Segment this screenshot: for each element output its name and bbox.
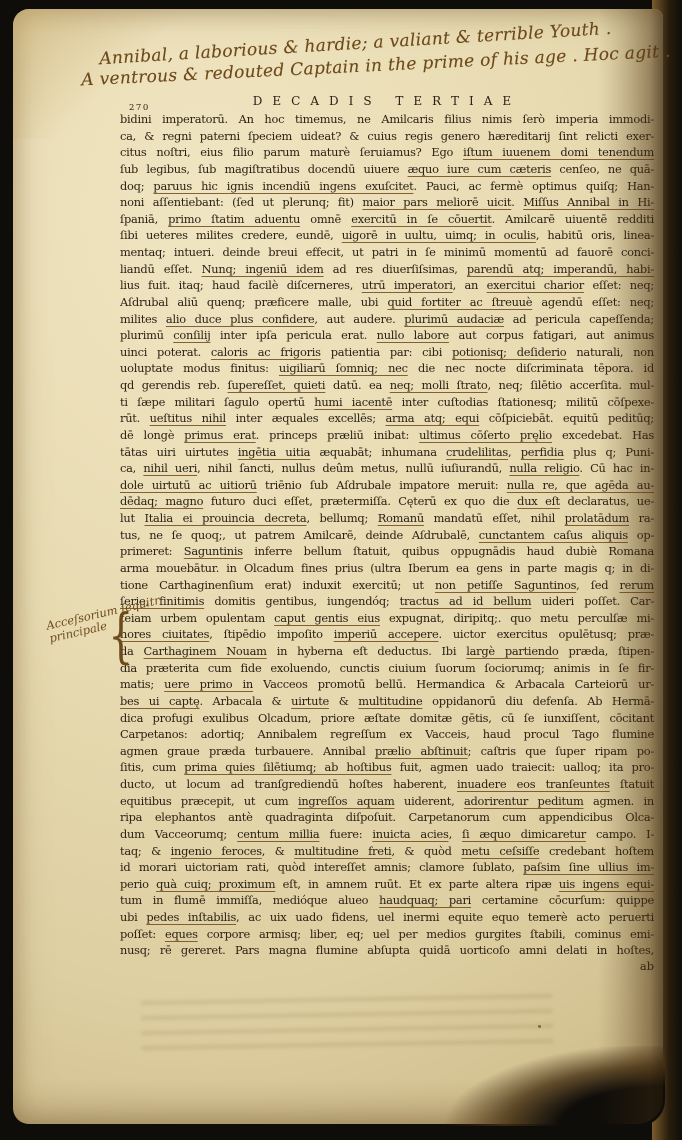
body-line: teiam urbem opulentam caput gentis eius … bbox=[120, 610, 654, 627]
body-line: dole uirtutū ac uitiorū triēnio ſub Aſdr… bbox=[120, 477, 654, 494]
ink-spot bbox=[538, 1025, 541, 1028]
body-line: liandū eſſet. Nunq; ingeniū idem ad res … bbox=[120, 261, 654, 278]
book-photo: Annibal, a laborious & hardie; a valiant… bbox=[0, 0, 682, 1140]
body-line: equitibus præcepit, ut cum ingreſſos aqu… bbox=[120, 793, 654, 810]
body-line: primeret: Saguntinis inferre bellum ſtat… bbox=[120, 543, 654, 560]
body-line: da Carthaginem Nouam in hyberna eſt dedu… bbox=[120, 643, 654, 660]
body-line: nores ciuitates, ſtipēdio impoſito imper… bbox=[120, 626, 654, 643]
book-page: Annibal, a laborious & hardie; a valiant… bbox=[13, 9, 663, 1124]
body-lines: bidini imperatorū. An hoc timemus, ne Am… bbox=[120, 111, 654, 959]
body-line: lut Italia ei prouincia decreta, bellumq… bbox=[120, 510, 654, 527]
running-title: DECADIS TERTIAE bbox=[120, 94, 654, 108]
body-line: ſub legibus, ſub magiſtratibus docendū u… bbox=[120, 161, 654, 178]
body-line: agmen graue præda turbauere. Annibal præ… bbox=[120, 743, 654, 760]
body-line: dum Vacceorumq; centum millia fuere: inu… bbox=[120, 826, 654, 843]
body-line: Carpetanos: adortiq; Annibalem regreſſum… bbox=[120, 726, 654, 743]
body-line: milites alio duce plus confidere, aut au… bbox=[120, 311, 654, 328]
body-line: ſitis, cum prima quies ſilētiumq; ab hoſ… bbox=[120, 759, 654, 776]
body-line: rūt. ueſtitus nihil inter æquales excell… bbox=[120, 410, 654, 427]
body-line: noni aſſentiebant: (ſed ut plerunq; fit)… bbox=[120, 194, 654, 211]
body-line: uoluptate modus finitus: uigiliarū ſomni… bbox=[120, 360, 654, 377]
body-line: ſpaniā, primo ſtatim aduentu omnē exerci… bbox=[120, 211, 654, 228]
body-line: id morari uictoriam rati, quòd intereſſe… bbox=[120, 859, 654, 876]
body-line: dē longè primus erat. princeps præliū in… bbox=[120, 427, 654, 444]
catchword: ab bbox=[120, 959, 654, 973]
body-line: nusq; rē gereret. Pars magna flumine abſ… bbox=[120, 942, 654, 959]
margin-note-brace: { bbox=[108, 604, 133, 669]
body-line: bidini imperatorū. An hoc timemus, ne Am… bbox=[120, 111, 654, 128]
body-line: bes ui captę. Arbacala & uirtute & multi… bbox=[120, 693, 654, 710]
page-corner-shadow bbox=[435, 1046, 665, 1126]
body-line: ti ſæpe militari ſagulo opertū humi iace… bbox=[120, 394, 654, 411]
body-line: taq; & ingenio feroces, & multitudine fr… bbox=[120, 843, 654, 860]
body-line: ſibi ueteres milites credere, eundē, uig… bbox=[120, 227, 654, 244]
body-line: dēdaq; magno futuro duci eſſet, prætermi… bbox=[120, 493, 654, 510]
body-line: poſſet: eques corpore armisq; liber, eq;… bbox=[120, 926, 654, 943]
body-line: ca, & regni paterni ſpeciem uideat? & cu… bbox=[120, 128, 654, 145]
body-line: citus noſtri, eius filio parum maturè ſe… bbox=[120, 144, 654, 161]
body-line: tātas uiri uirtutes ingētia uitia æquabā… bbox=[120, 444, 654, 461]
body-line: ripa elephantos antè quadraginta diſpoſu… bbox=[120, 809, 654, 826]
body-line: ducto, ut locum ad tranſgrediendū hoſtes… bbox=[120, 776, 654, 793]
body-line: ſerie, finitimis domitis gentibus, iunge… bbox=[120, 593, 654, 610]
body-line: dica profugi exulibus Olcadum, priore æſ… bbox=[120, 710, 654, 727]
body-line: matis; uere primo in Vacceos promotū bel… bbox=[120, 676, 654, 693]
body-line: arma mouebātur. in Olcadum fines prius (… bbox=[120, 560, 654, 577]
body-line: mentaq; intueri. deinde breui effecit, u… bbox=[120, 244, 654, 261]
body-line: tum in flumē immiſſa, medióque alueo hau… bbox=[120, 892, 654, 909]
body-line: doq; paruus hic ignis incendiū ingens ex… bbox=[120, 178, 654, 195]
body-line: tus, ne ſe quoq;, ut patrem Amilcarē, de… bbox=[120, 527, 654, 544]
body-line: perio quà cuiq; proximum eſt, in amnem r… bbox=[120, 876, 654, 893]
body-line: plurimū conſilij inter ipſa pericula era… bbox=[120, 327, 654, 344]
body-line: dia præterita cum fide exoluendo, cuncti… bbox=[120, 660, 654, 677]
body-line: uinci poterat. caloris ac frigoris patie… bbox=[120, 344, 654, 361]
body-line: tione Carthaginenſium erat) induxit exer… bbox=[120, 577, 654, 594]
body-line: qd gerendis reb. ſupereſſet, quieti datū… bbox=[120, 377, 654, 394]
body-line: ubi pedes inſtabilis, ac uix uado fidens… bbox=[120, 909, 654, 926]
body-line: ca, nihil ueri, nihil ſancti, nullus deû… bbox=[120, 460, 654, 477]
body-line: lius fuit. itaq; haud facilè diſcerneres… bbox=[120, 277, 654, 294]
body-line: Aſdrubal aliū quenq; præficere malle, ub… bbox=[120, 294, 654, 311]
bleed-through-text bbox=[141, 993, 554, 1052]
